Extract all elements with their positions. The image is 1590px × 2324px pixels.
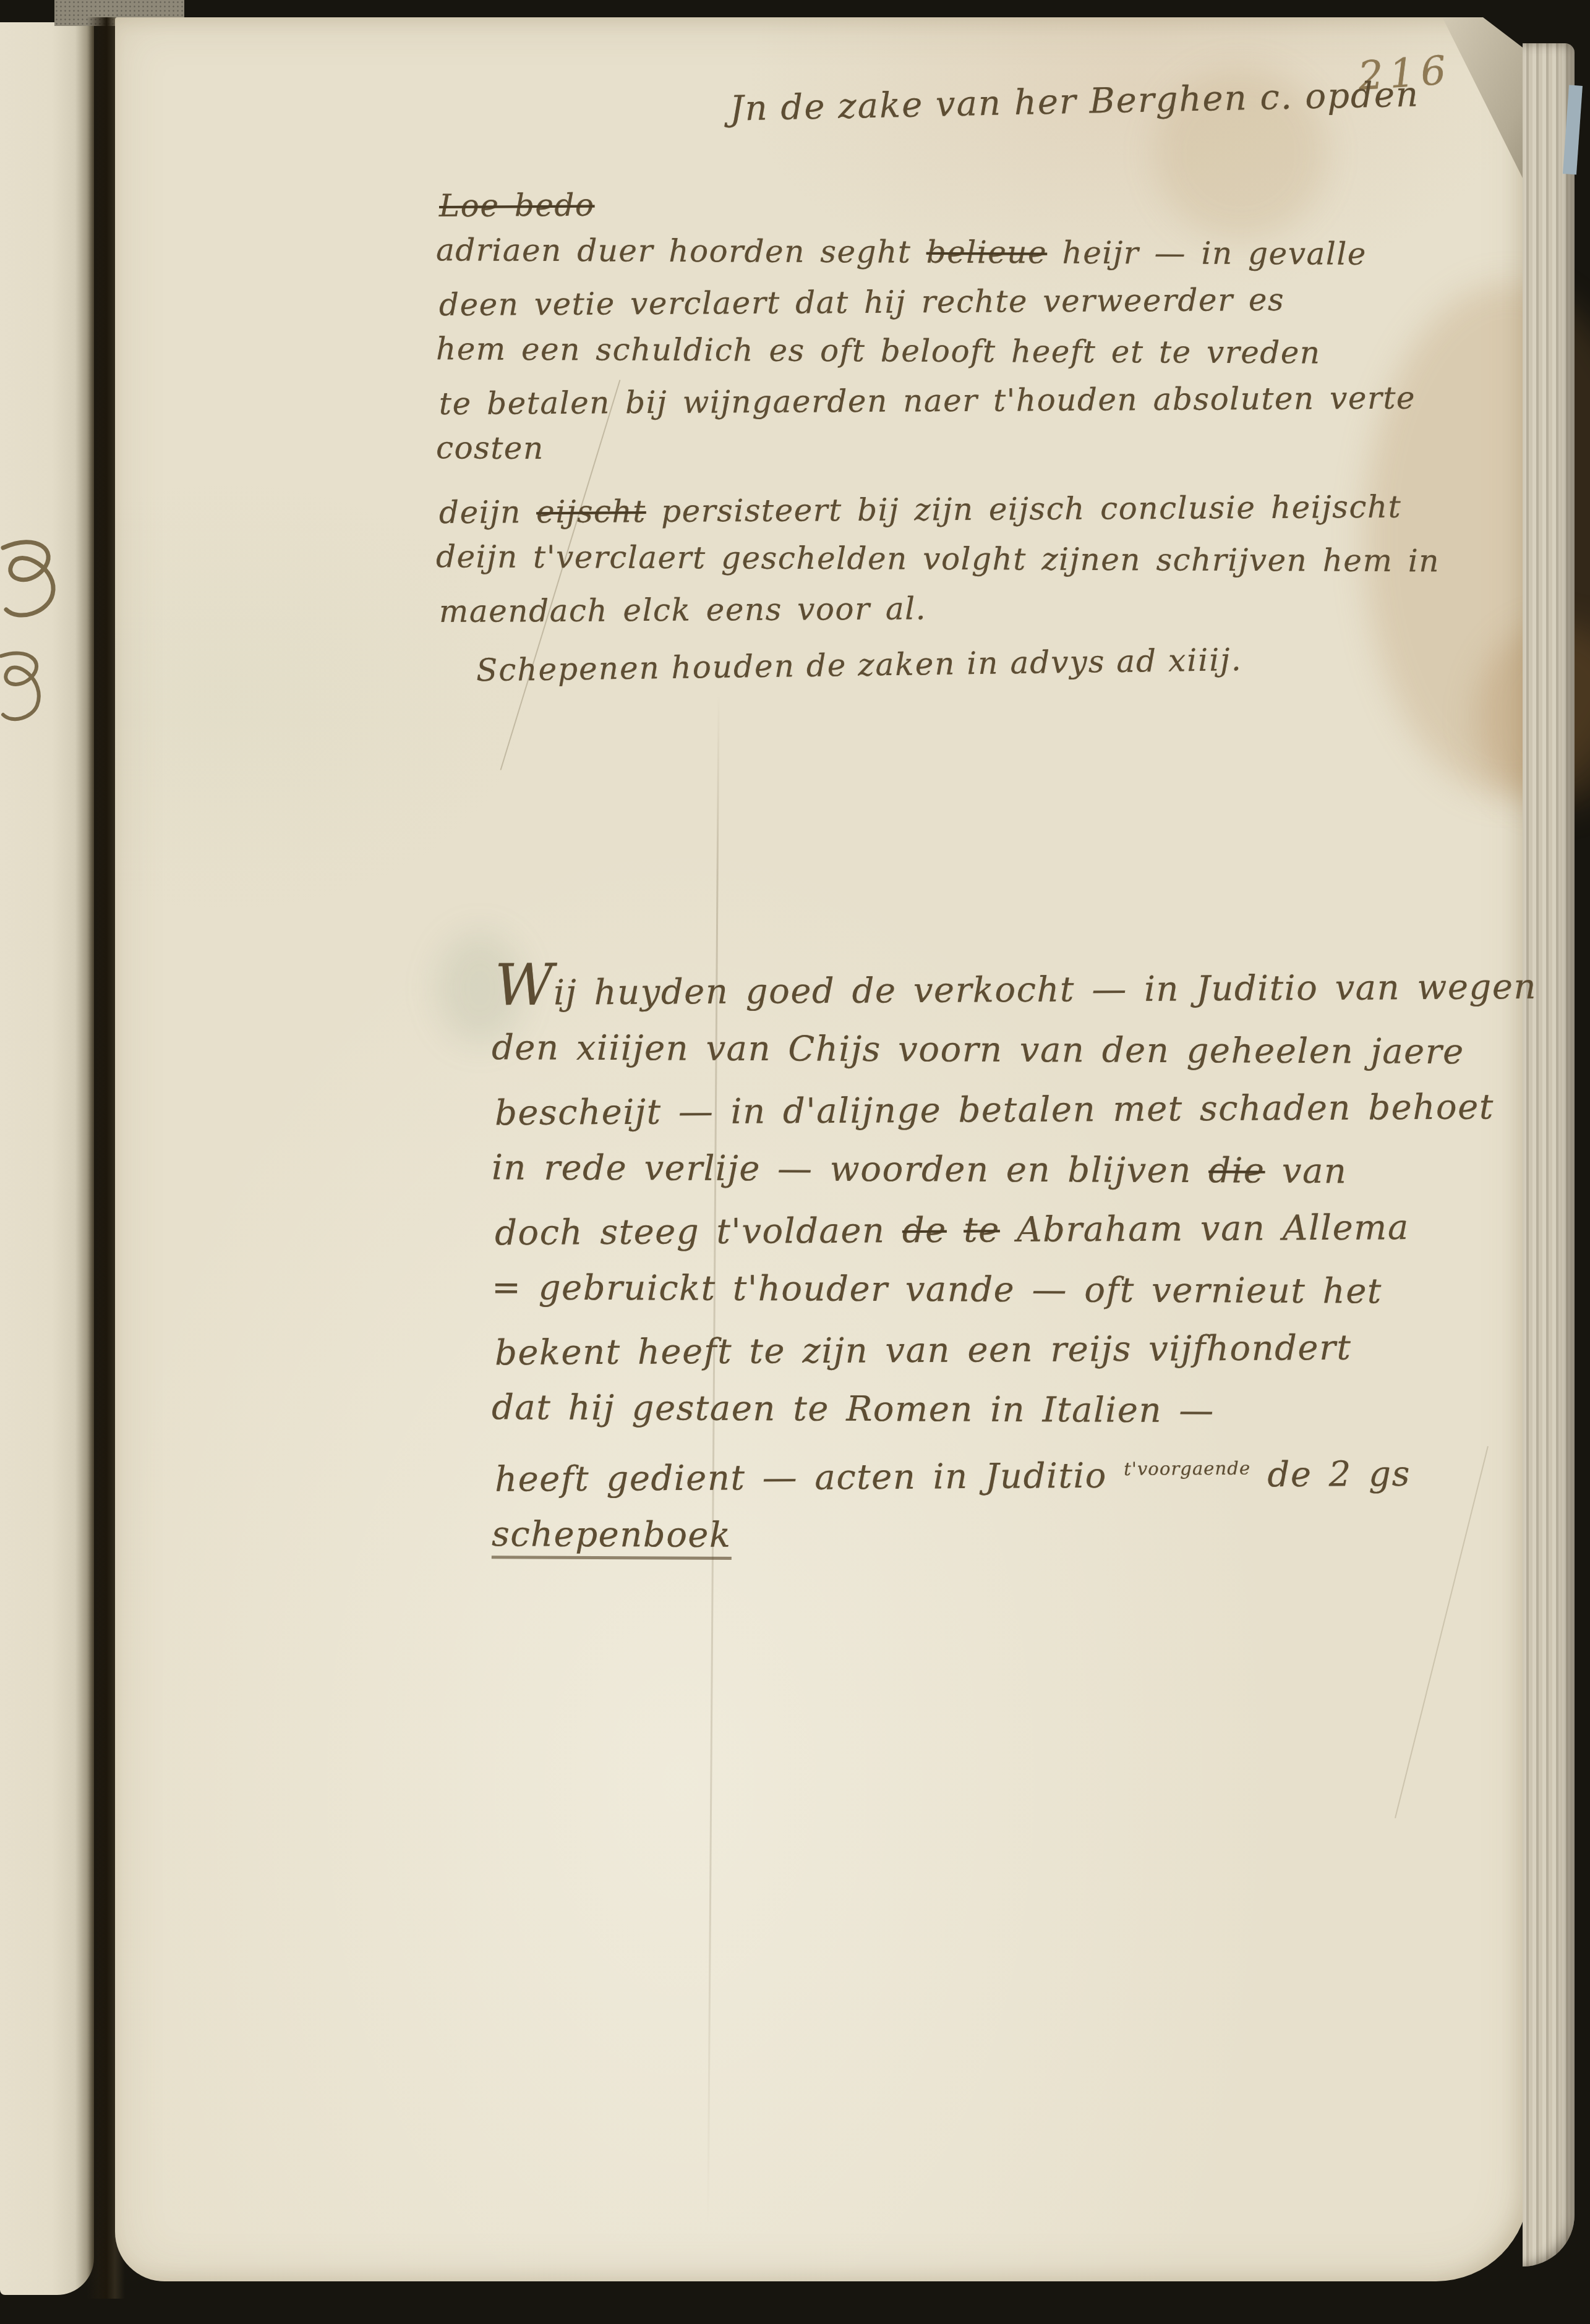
manuscript-line: den xiiijen van Chijs voorn van den gehe… (492, 1018, 1543, 1082)
manuscript-line: dat hij gestaen te Romen in Italien — (492, 1377, 1543, 1442)
manuscript-word: in rede verlije — woorden en blijven (492, 1147, 1208, 1191)
manuscript-line: te betalen bij wijngaerden naer t'houden… (439, 373, 1478, 428)
manuscript-word: W (495, 951, 554, 1019)
manuscript-word: costen (436, 430, 544, 466)
manuscript-line: maendach elck eens voor al. (439, 581, 1478, 636)
manuscript-word: den xiiijen van Chijs voorn van den gehe… (492, 1028, 1464, 1072)
manuscript-line: Loe bedo (439, 175, 1478, 231)
manuscript-line: schepenboek (492, 1504, 1543, 1568)
struck-word: eijscht (536, 493, 646, 530)
manuscript-word: de 2 gs (1250, 1454, 1411, 1496)
ink-flourish-lower (0, 647, 49, 727)
manuscript-word: bescheijt — in d'alijnge betalen met sch… (495, 1087, 1494, 1133)
manuscript-scan: 216 Jn de zake van her Berghen c. opden … (0, 0, 1590, 2324)
manuscript-word: van (1265, 1151, 1347, 1192)
manuscript-line: in rede verlije — woorden en blijven die… (492, 1138, 1543, 1202)
struck-word: die (1208, 1151, 1265, 1191)
struck-word: belieue (926, 234, 1048, 271)
manuscript-line: = gebruickt t'houder vande — oft vernieu… (492, 1258, 1543, 1322)
manuscript-line: doch steeg t'voldaen de te Abraham van A… (495, 1197, 1547, 1263)
manuscript-line: Wij huyden goed de verkocht — in Juditio… (495, 949, 1547, 1023)
ink-flourish-upper (0, 535, 74, 634)
struck-word: te (964, 1210, 1000, 1250)
manuscript-line: deijn t'verclaert geschelden volght zijn… (436, 532, 1475, 585)
manuscript-word: schepenboek (492, 1514, 732, 1560)
manuscript-word: adriaen duer hoorden seght (436, 232, 926, 270)
manuscript-word: = gebruickt t'houder vande — oft vernieu… (492, 1267, 1382, 1311)
struck-word: Loe bedo (439, 187, 595, 224)
manuscript-word: ij huyden goed de verkocht — in Juditio … (554, 967, 1537, 1013)
manuscript-word: heijr — in gevalle (1047, 235, 1367, 272)
entry-block-1: Loe bedoadriaen duer hoorden seght belie… (436, 178, 1475, 633)
manuscript-word: deijn (439, 494, 537, 530)
manuscript-word: doch steeg t'voldaen (495, 1211, 902, 1253)
manuscript-word: persisteert bij zijn eijsch conclusie he… (646, 489, 1402, 529)
manuscript-word: deen vetie verclaert dat hij rechte verw… (439, 282, 1284, 323)
manuscript-line: adriaen duer hoorden seght belieue heijr… (436, 225, 1475, 279)
manuscript-line: costen (436, 423, 1475, 477)
manuscript-word: dat hij gestaen te Romen in Italien — (492, 1387, 1215, 1431)
manuscript-word: Abraham van Allema (1000, 1207, 1409, 1250)
manuscript-word: t'voorgaende (1124, 1458, 1250, 1479)
facing-page-edge (0, 22, 94, 2295)
manuscript-word (947, 1211, 964, 1251)
manuscript-line: deijn eijscht persisteert bij zijn eijsc… (439, 482, 1478, 537)
manuscript-line: deen vetie verclaert dat hij rechte verw… (439, 274, 1478, 330)
manuscript-word: te betalen bij wijngaerden naer t'houden… (439, 380, 1416, 422)
manuscript-word: maendach elck eens voor al. (439, 590, 926, 629)
entry-block-2: Wij huyden goed de verkocht — in Juditio… (492, 952, 1543, 1567)
manuscript-word: deijn t'verclaert geschelden volght zijn… (436, 538, 1440, 579)
manuscript-word: heeft gedient — acten in Juditio (495, 1456, 1124, 1500)
manuscript-word: hem een schuldich es oft belooft heeft e… (436, 331, 1321, 370)
manuscript-line: heeft gedient — acten in Juditio t'voorg… (495, 1437, 1547, 1510)
manuscript-line: bescheijt — in d'alijnge betalen met sch… (495, 1077, 1547, 1143)
manuscript-line: hem een schuldich es oft belooft heeft e… (436, 324, 1475, 378)
manuscript-line: bekent heeft te zijn van een reijs vijfh… (495, 1317, 1547, 1383)
struck-word: de (902, 1211, 947, 1251)
manuscript-word: bekent heeft te zijn van een reijs vijfh… (495, 1328, 1352, 1373)
